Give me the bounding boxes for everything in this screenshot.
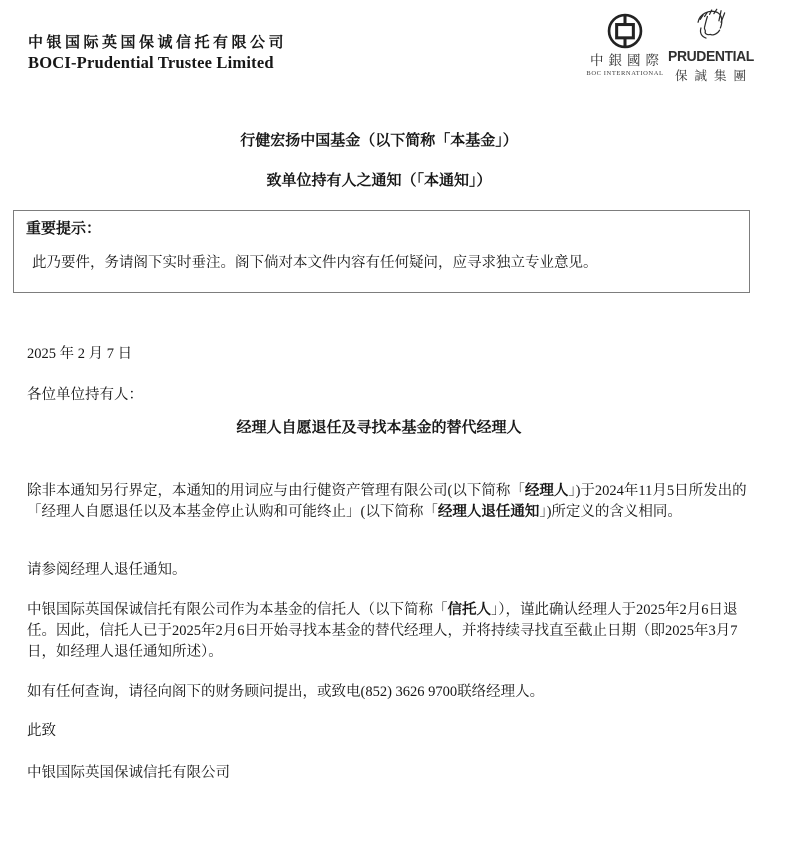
important-notice-body: 此乃要件，务请阁下实时垂注。阁下倘对本文件内容有任何疑问，应寻求独立专业意见。 — [26, 253, 737, 273]
paragraph-definitions: 除非本通知另行界定，本通知的用词应与由行健资产管理有限公司(以下简称「经理人」)… — [27, 481, 757, 523]
prudential-logo-name-en: PRUDENTIAL — [666, 50, 756, 65]
boc-logo-name-en: BOC INTERNATIONAL — [583, 69, 667, 78]
sender-company-block: 中银国际英国保诚信托有限公司 BOCI-Prudential Trustee L… — [28, 33, 287, 72]
boc-emblem-icon — [583, 12, 667, 50]
prudential-logo-name-zh: 保誠集團 — [670, 68, 758, 85]
company-name-en: BOCI-Prudential Trustee Limited — [28, 53, 287, 72]
letter-date: 2025 年 2 月 7 日 — [27, 344, 757, 365]
boc-logo-name-zh: 中銀國際 — [587, 53, 667, 69]
paragraph-enquiries: 如有任何查询，请径向阁下的财务顾问提出，或致电(852) 3626 9700联络… — [27, 682, 757, 703]
notice-title: 致单位持有人之通知（「本通知」） — [0, 171, 758, 191]
important-notice-box: 重要提示： 此乃要件，务请阁下实时垂注。阁下倘对本文件内容有任何疑问，应寻求独立… — [13, 210, 750, 293]
paragraph-refer-notice: 请参阅经理人退任通知。 — [27, 560, 757, 581]
company-name-zh: 中银国际英国保诚信托有限公司 — [28, 33, 287, 53]
important-notice-label: 重要提示： — [26, 219, 737, 239]
fund-title: 行健宏扬中国基金（以下简称「本基金」） — [0, 131, 758, 151]
closing-phrase: 此致 — [27, 721, 757, 742]
subject-heading: 经理人自愿退任及寻找本基金的替代经理人 — [0, 418, 758, 438]
prudence-face-icon — [664, 6, 758, 50]
paragraph-trustee-confirmation: 中银国际英国保诚信托有限公司作为本基金的信托人（以下简称「信托人」），谨此确认经… — [27, 600, 757, 663]
boc-international-logo: 中銀國際 BOC INTERNATIONAL — [583, 12, 667, 78]
prudential-logo: PRUDENTIAL 保誠集團 — [664, 6, 758, 85]
salutation: 各位单位持有人： — [27, 385, 757, 406]
signature-company: 中银国际英国保诚信托有限公司 — [27, 763, 757, 784]
